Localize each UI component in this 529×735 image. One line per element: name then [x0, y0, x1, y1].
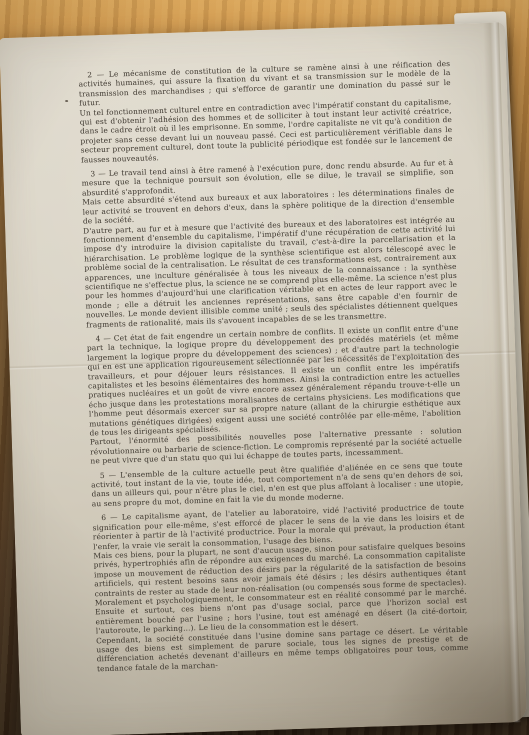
text-block: 2 — Le mécanisme de constitution de la c… [78, 59, 469, 679]
section-6: 6 — Le capitalisme ayant, de l'atelier a… [92, 502, 469, 674]
paper-sheet: 2 — Le mécanisme de constitution de la c… [0, 22, 527, 735]
section-3: 3 — Le travail tend ainsi à être ramené … [81, 158, 458, 330]
ink-speck [65, 100, 68, 102]
section-2: 2 — Le mécanisme de constitution de la c… [78, 59, 453, 165]
paragraph: 4 — Cet état de fait engendre un certain… [86, 323, 461, 438]
paragraph: Un tel fonctionnement culturel entre en … [79, 97, 453, 165]
section-4: 4 — Cet état de fait engendre un certain… [86, 323, 462, 466]
paragraph: 5 — L'ensemble de la culture actuelle pe… [91, 459, 464, 508]
paragraph: Mais ces biens, pour la plupart, ne sont… [93, 540, 467, 636]
section-5: 5 — L'ensemble de la culture actuelle pe… [91, 459, 464, 508]
paragraph: D'autre part, au fur et à mesure que l'a… [83, 214, 458, 329]
photo-of-document: 2 — Le mécanisme de constitution de la c… [0, 0, 529, 735]
